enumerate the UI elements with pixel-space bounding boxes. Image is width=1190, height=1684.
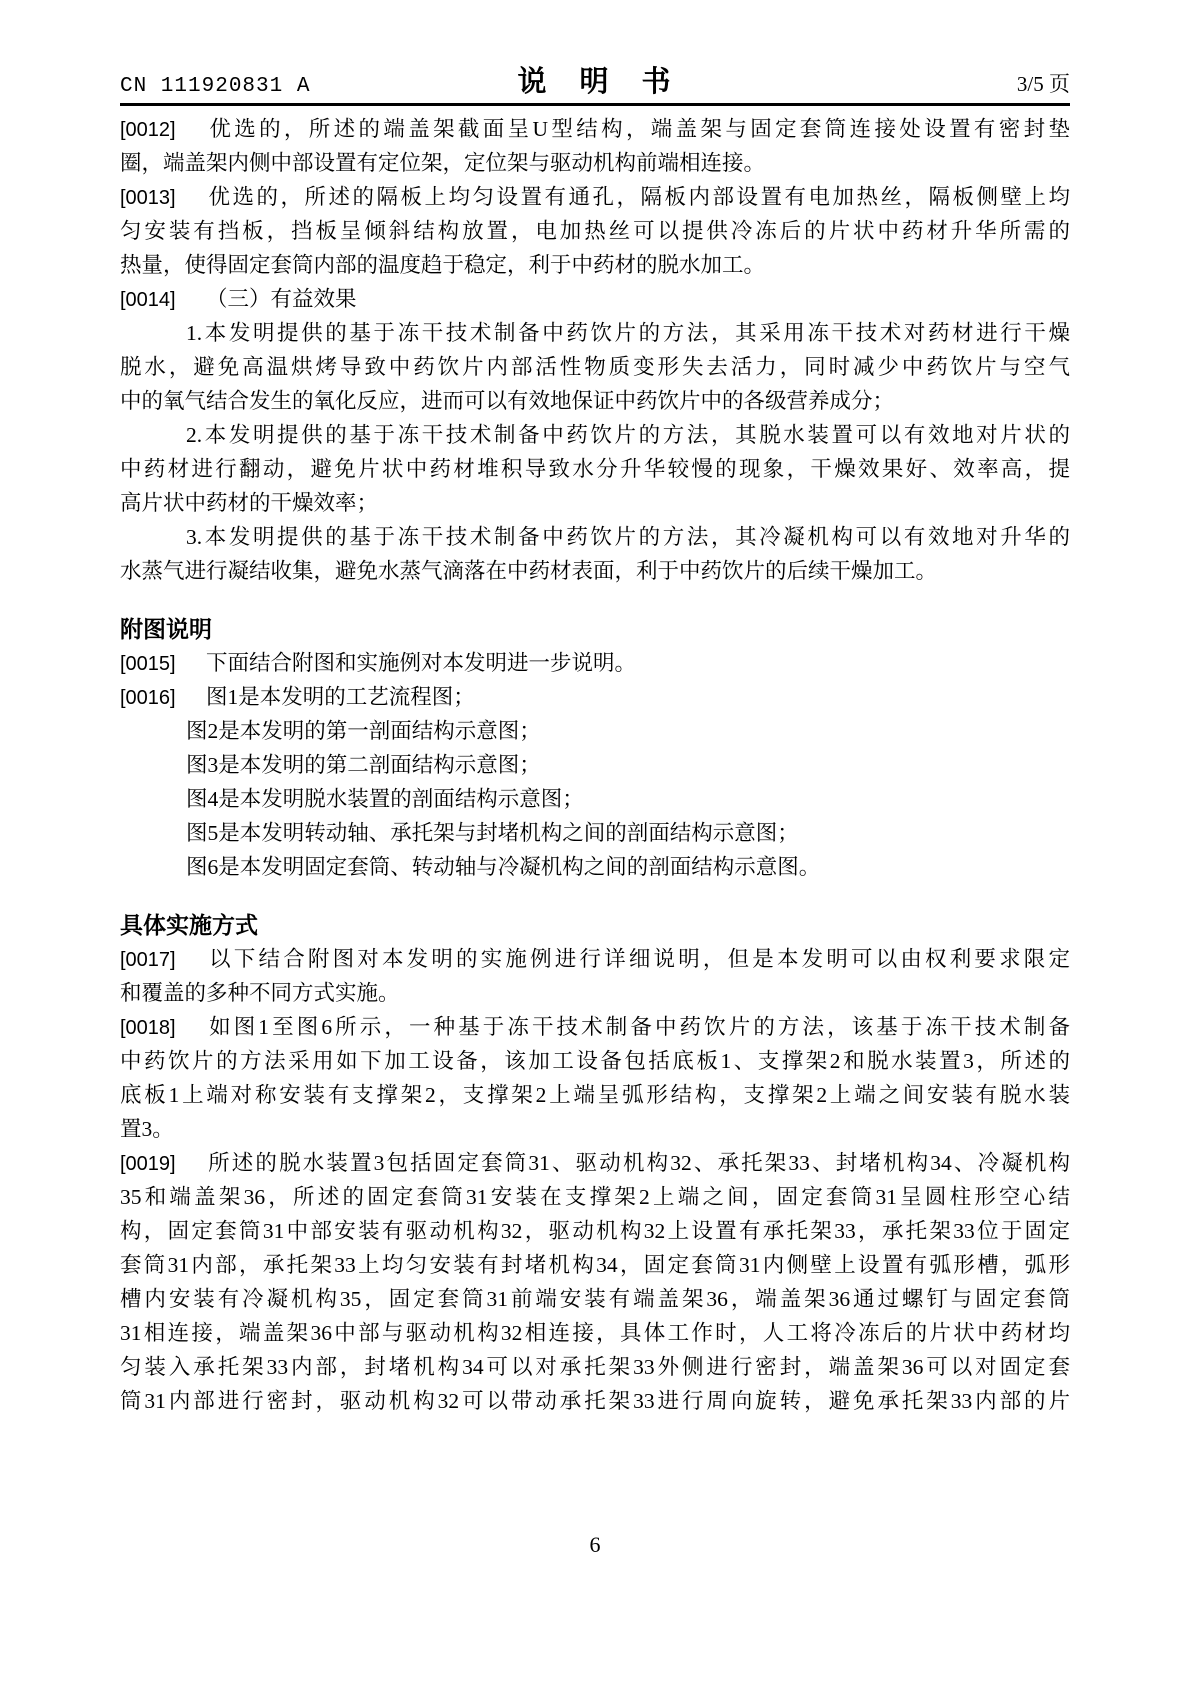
line-text: 底板1上端对称安装有支撑架2，支撑架2上端呈弧形结构，支撑架2上端之间安装有脱水… bbox=[120, 1083, 1070, 1107]
paragraph-line: 35和端盖架36，所述的固定套筒31安装在支撑架2上端之间，固定套筒31呈圆柱形… bbox=[120, 1180, 1070, 1214]
paragraph-line: [0017]以下结合附图对本发明的实施例进行详细说明，但是本发明可以由权利要求限… bbox=[120, 942, 1070, 976]
paragraph-line: 脱水，避免高温烘烤导致中药饮片内部活性物质变形失去活力，同时减少中药饮片与空气 bbox=[120, 350, 1070, 384]
document-title: 说 明 书 bbox=[120, 59, 1070, 100]
line-text: 图4是本发明脱水装置的剖面结构示意图； bbox=[186, 787, 584, 811]
line-text: 图6是本发明固定套筒、转动轴与冷凝机构之间的剖面结构示意图。 bbox=[186, 855, 820, 879]
paragraph-line: 31相连接，端盖架36中部与驱动机构32相连接，具体工作时，人工将冷冻后的片状中… bbox=[120, 1316, 1070, 1350]
line-text: 优选的，所述的隔板上均匀设置有通孔，隔板内部设置有电加热丝，隔板侧壁上均 bbox=[206, 185, 1070, 209]
patent-document-page: CN 111920831 A 说 明 书 3/5 页 [0012]优选的，所述的… bbox=[0, 0, 1190, 1684]
line-text: 中药饮片的方法采用如下加工设备，该加工设备包括底板1、支撑架2和脱水装置3，所述… bbox=[120, 1049, 1070, 1073]
line-text: 和覆盖的多种不同方式实施。 bbox=[120, 981, 400, 1005]
paragraph-line: 圈，端盖架内侧中部设置有定位架，定位架与驱动机构前端相连接。 bbox=[120, 146, 1070, 180]
line-text: 具体实施方式 bbox=[120, 912, 258, 938]
line-text: 匀安装有挡板，挡板呈倾斜结构放置，电加热丝可以提供冷冻后的片状中药材升华所需的 bbox=[120, 219, 1070, 243]
paragraph-line: [0014]（三）有益效果 bbox=[120, 282, 1070, 316]
paragraph-line: 槽内安装有冷凝机构35，固定套筒31前端安装有端盖架36，端盖架36通过螺钉与固… bbox=[120, 1282, 1070, 1316]
paragraph-line: 中的氧气结合发生的氧化反应，进而可以有效地保证中药饮片中的各级营养成分； bbox=[120, 384, 1070, 418]
paragraph-line: 图4是本发明脱水装置的剖面结构示意图； bbox=[120, 782, 1070, 816]
line-text: 下面结合附图和实施例对本发明进一步说明。 bbox=[206, 651, 636, 675]
paragraph-line: 水蒸气进行凝结收集，避免水蒸气滴落在中药材表面，利于中药饮片的后续干燥加工。 bbox=[120, 554, 1070, 588]
section-heading: 具体实施方式 bbox=[120, 908, 1070, 942]
line-text: 中药材进行翻动，避免片状中药材堆积导致水分升华较慢的现象，干燥效果好、效率高，提 bbox=[120, 457, 1070, 481]
line-text: 图1是本发明的工艺流程图； bbox=[206, 685, 475, 709]
paragraph-line: 图2是本发明的第一剖面结构示意图； bbox=[120, 714, 1070, 748]
paragraph-line: 底板1上端对称安装有支撑架2，支撑架2上端呈弧形结构，支撑架2上端之间安装有脱水… bbox=[120, 1078, 1070, 1112]
page-indicator: 3/5 页 bbox=[1017, 68, 1070, 98]
paragraph-line: [0015]下面结合附图和实施例对本发明进一步说明。 bbox=[120, 646, 1070, 680]
document-body: [0012]优选的，所述的端盖架截面呈U型结构，端盖架与固定套筒连接处设置有密封… bbox=[120, 112, 1070, 1418]
paragraph-line: 3.本发明提供的基于冻干技术制备中药饮片的方法，其冷凝机构可以有效地对升华的 bbox=[120, 520, 1070, 554]
paragraph-line: 1.本发明提供的基于冻干技术制备中药饮片的方法，其采用冻干技术对药材进行干燥 bbox=[120, 316, 1070, 350]
line-text: 图5是本发明转动轴、承托架与封堵机构之间的剖面结构示意图； bbox=[186, 821, 799, 845]
paragraph-number: [0015] bbox=[120, 647, 206, 681]
paragraph-number: [0019] bbox=[120, 1147, 206, 1181]
paragraph-line: [0019]所述的脱水装置3包括固定套筒31、驱动机构32、承托架33、封堵机构… bbox=[120, 1146, 1070, 1180]
paragraph-line: 热量，使得固定套筒内部的温度趋于稳定，利于中药材的脱水加工。 bbox=[120, 248, 1070, 282]
paragraph-line: 匀装入承托架33内部，封堵机构34可以对承托架33外侧进行密封，端盖架36可以对… bbox=[120, 1350, 1070, 1384]
paragraph-number: [0013] bbox=[120, 181, 206, 215]
line-text: 套筒31内部，承托架33上均匀安装有封堵机构34，固定套筒31内侧壁上设置有弧形… bbox=[120, 1253, 1070, 1277]
line-text: 2.本发明提供的基于冻干技术制备中药饮片的方法，其脱水装置可以有效地对片状的 bbox=[186, 423, 1070, 447]
paragraph-line: 置3。 bbox=[120, 1112, 1070, 1146]
page-number: 6 bbox=[590, 1532, 601, 1557]
page-header: CN 111920831 A 说 明 书 3/5 页 bbox=[120, 62, 1070, 100]
line-text: 图3是本发明的第二剖面结构示意图； bbox=[186, 753, 541, 777]
line-text: 置3。 bbox=[120, 1117, 174, 1141]
paragraph-number: [0018] bbox=[120, 1011, 206, 1045]
paragraph-number: [0014] bbox=[120, 283, 206, 317]
line-text: 所述的脱水装置3包括固定套筒31、驱动机构32、承托架33、封堵机构34、冷凝机… bbox=[206, 1151, 1070, 1175]
line-text: 附图说明 bbox=[120, 616, 212, 642]
line-text: 以下结合附图对本发明的实施例进行详细说明，但是本发明可以由权利要求限定 bbox=[206, 947, 1070, 971]
line-text: 水蒸气进行凝结收集，避免水蒸气滴落在中药材表面，利于中药饮片的后续干燥加工。 bbox=[120, 559, 937, 583]
paragraph-line: 和覆盖的多种不同方式实施。 bbox=[120, 976, 1070, 1010]
line-text: 匀装入承托架33内部，封堵机构34可以对承托架33外侧进行密封，端盖架36可以对… bbox=[120, 1355, 1070, 1379]
paragraph-line: 2.本发明提供的基于冻干技术制备中药饮片的方法，其脱水装置可以有效地对片状的 bbox=[120, 418, 1070, 452]
paragraph-line: [0012]优选的，所述的端盖架截面呈U型结构，端盖架与固定套筒连接处设置有密封… bbox=[120, 112, 1070, 146]
paragraph-line: 高片状中药材的干燥效率； bbox=[120, 486, 1070, 520]
section-heading: 附图说明 bbox=[120, 612, 1070, 646]
line-text: 中的氧气结合发生的氧化反应，进而可以有效地保证中药饮片中的各级营养成分； bbox=[120, 389, 894, 413]
line-text: 圈，端盖架内侧中部设置有定位架，定位架与驱动机构前端相连接。 bbox=[120, 151, 765, 175]
page-footer: 6 bbox=[0, 1532, 1190, 1558]
line-text: 优选的，所述的端盖架截面呈U型结构，端盖架与固定套筒连接处设置有密封垫 bbox=[206, 117, 1070, 141]
paragraph-line: [0013]优选的，所述的隔板上均匀设置有通孔，隔板内部设置有电加热丝，隔板侧壁… bbox=[120, 180, 1070, 214]
line-text: 热量，使得固定套筒内部的温度趋于稳定，利于中药材的脱水加工。 bbox=[120, 253, 765, 277]
paragraph-line: 匀安装有挡板，挡板呈倾斜结构放置，电加热丝可以提供冷冻后的片状中药材升华所需的 bbox=[120, 214, 1070, 248]
line-text: 31相连接，端盖架36中部与驱动机构32相连接，具体工作时，人工将冷冻后的片状中… bbox=[120, 1321, 1070, 1345]
line-text: 3.本发明提供的基于冻干技术制备中药饮片的方法，其冷凝机构可以有效地对升华的 bbox=[186, 525, 1070, 549]
line-text: 脱水，避免高温烘烤导致中药饮片内部活性物质变形失去活力，同时减少中药饮片与空气 bbox=[120, 355, 1070, 379]
paragraph-line: 图5是本发明转动轴、承托架与封堵机构之间的剖面结构示意图； bbox=[120, 816, 1070, 850]
header-divider bbox=[120, 103, 1070, 106]
paragraph-line: [0018]如图1至图6所示，一种基于冻干技术制备中药饮片的方法，该基于冻干技术… bbox=[120, 1010, 1070, 1044]
paragraph-line: 图6是本发明固定套筒、转动轴与冷凝机构之间的剖面结构示意图。 bbox=[120, 850, 1070, 884]
line-text: 高片状中药材的干燥效率； bbox=[120, 491, 378, 515]
line-text: 图2是本发明的第一剖面结构示意图； bbox=[186, 719, 541, 743]
line-text: 1.本发明提供的基于冻干技术制备中药饮片的方法，其采用冻干技术对药材进行干燥 bbox=[186, 321, 1070, 345]
line-text: （三）有益效果 bbox=[206, 287, 357, 311]
line-text: 槽内安装有冷凝机构35，固定套筒31前端安装有端盖架36，端盖架36通过螺钉与固… bbox=[120, 1287, 1070, 1311]
paragraph-line: 中药饮片的方法采用如下加工设备，该加工设备包括底板1、支撑架2和脱水装置3，所述… bbox=[120, 1044, 1070, 1078]
paragraph-line: 图3是本发明的第二剖面结构示意图； bbox=[120, 748, 1070, 782]
line-text: 如图1至图6所示，一种基于冻干技术制备中药饮片的方法，该基于冻干技术制备 bbox=[206, 1015, 1070, 1039]
paragraph-line: [0016]图1是本发明的工艺流程图； bbox=[120, 680, 1070, 714]
paragraph-line: 中药材进行翻动，避免片状中药材堆积导致水分升华较慢的现象，干燥效果好、效率高，提 bbox=[120, 452, 1070, 486]
paragraph-number: [0017] bbox=[120, 943, 206, 977]
paragraph-line: 构，固定套筒31中部安装有驱动机构32，驱动机构32上设置有承托架33，承托架3… bbox=[120, 1214, 1070, 1248]
paragraph-number: [0012] bbox=[120, 113, 206, 147]
paragraph-line: 套筒31内部，承托架33上均匀安装有封堵机构34，固定套筒31内侧壁上设置有弧形… bbox=[120, 1248, 1070, 1282]
line-text: 35和端盖架36，所述的固定套筒31安装在支撑架2上端之间，固定套筒31呈圆柱形… bbox=[120, 1185, 1070, 1209]
line-text: 构，固定套筒31中部安装有驱动机构32，驱动机构32上设置有承托架33，承托架3… bbox=[120, 1219, 1070, 1243]
paragraph-number: [0016] bbox=[120, 681, 206, 715]
paragraph-line: 筒31内部进行密封，驱动机构32可以带动承托架33进行周向旋转，避免承托架33内… bbox=[120, 1384, 1070, 1418]
line-text: 筒31内部进行密封，驱动机构32可以带动承托架33进行周向旋转，避免承托架33内… bbox=[120, 1389, 1070, 1413]
